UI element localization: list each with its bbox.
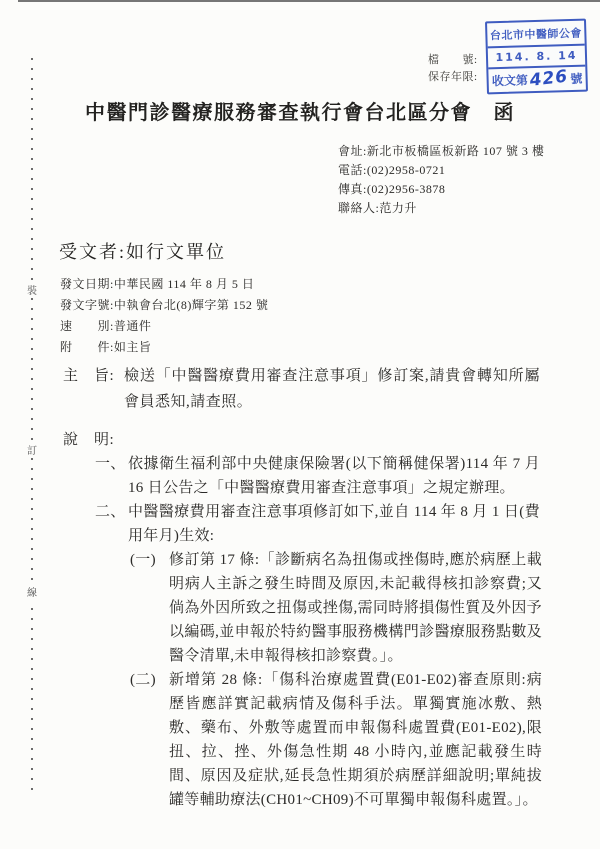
explanation-item-1: 一、 依據衛生福利部中央健康保險署(以下簡稱健保署)114 年 7 月 16 日… — [95, 452, 600, 500]
explanation-subitem-2-number: (二) — [130, 668, 169, 692]
explanation-item-2: 二、 中醫醫療費用審查注意事項修訂如下,並自 114 年 8 月 1 日(費用年… — [95, 500, 600, 548]
explanation-label: 說 明: — [63, 428, 600, 452]
retention-period-label: 保存年限: — [428, 69, 490, 86]
attachment-line: 附 件:如主旨 — [60, 337, 600, 358]
binding-mark-ding: 訂 — [24, 446, 40, 458]
subject-section: 主 旨: 檢送「中醫醫療費用審查注意事項」修訂案,請貴會轉知所屬會員悉知,請查照… — [63, 363, 600, 415]
sender-phone: 電話:(02)2958-0721 — [338, 161, 600, 180]
explanation-item-1-text: 依據衛生福利部中央健康保險署(以下簡稱健保署)114 年 7 月 16 日公告之… — [128, 452, 540, 500]
speed-class-line: 速 別:普通件 — [60, 316, 600, 337]
document-title: 中醫門診醫療服務審查執行會台北區分會 函 — [30, 96, 570, 125]
binding-line: 裝 訂 線 — [31, 58, 33, 798]
issue-date-line: 發文日期:中華民國 114 年 8 月 5 日 — [60, 274, 600, 295]
explanation-subitem-1-number: (一) — [130, 548, 169, 572]
stamp-receipt-suffix: 號 — [570, 69, 582, 86]
explanation-subitem-1-text: 修訂第 17 條:「診斷病名為扭傷或挫傷時,應於病歷上載明病人主訴之發生時間及原… — [169, 548, 542, 668]
document-page: 裝 訂 線 檔 號: 保存年限: 台北市中醫師公會 114. 8. 14 收文第… — [0, 0, 600, 849]
subject-label: 主 旨: — [63, 363, 124, 389]
stamp-received-date: 114. 8. 14 — [488, 46, 586, 70]
explanation-item-2-number: 二、 — [95, 500, 128, 524]
stamp-receipt-number-handwritten: 426 — [529, 68, 569, 90]
receipt-stamp: 台北市中醫師公會 114. 8. 14 收文第 426 號 — [485, 19, 588, 95]
recipient-line: 受文者:如行文單位 — [59, 238, 600, 264]
sender-address: 會址:新北市板橋區板新路 107 號 3 樓 — [338, 142, 600, 161]
scan-edge-artifact — [18, 0, 600, 2]
explanation-item-2-text: 中醫醫療費用審查注意事項修訂如下,並自 114 年 8 月 1 日(費用年月)生… — [128, 500, 540, 548]
binding-mark-xian: 線 — [24, 588, 40, 600]
meta-block: 發文日期:中華民國 114 年 8 月 5 日 發文字號:中執會台北(8)輝字第… — [60, 274, 600, 358]
binding-mark-zhuang: 裝 — [24, 286, 40, 298]
sender-info-block: 會址:新北市板橋區板新路 107 號 3 樓 電話:(02)2958-0721 … — [338, 142, 600, 218]
explanation-subitem-2-text: 新增第 28 條:「傷科治療處置費(E01-E02)審查原則:病歷皆應詳實記載病… — [169, 668, 542, 812]
doc-number-line: 發文字號:中執會台北(8)輝字第 152 號 — [60, 295, 600, 316]
sender-fax: 傳真:(02)2956-3878 — [338, 180, 600, 199]
filing-block: 檔 號: 保存年限: — [428, 52, 490, 86]
stamp-org-name: 台北市中醫師公會 — [487, 21, 585, 49]
sender-contact: 聯絡人:范力升 — [338, 199, 600, 218]
explanation-item-1-number: 一、 — [95, 452, 128, 476]
subject-text: 檢送「中醫醫療費用審查注意事項」修訂案,請貴會轉知所屬會員悉知,請查照。 — [124, 363, 540, 415]
explanation-subitem-1: (一) 修訂第 17 條:「診斷病名為扭傷或挫傷時,應於病歷上載明病人主訴之發生… — [130, 548, 600, 668]
explanation-subitem-2: (二) 新增第 28 條:「傷科治療處置費(E01-E02)審查原則:病歷皆應詳… — [130, 668, 600, 812]
stamp-receipt-line: 收文第 426 號 — [488, 67, 586, 93]
stamp-receipt-prefix: 收文第 — [492, 71, 528, 89]
file-number-label: 檔 號: — [428, 52, 490, 69]
